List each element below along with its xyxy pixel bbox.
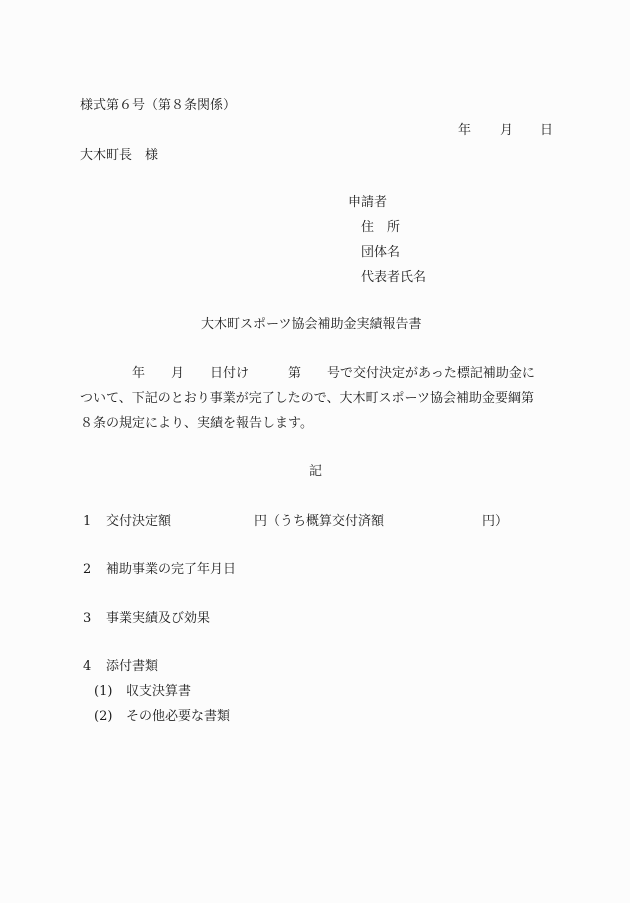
item-1-unit-1: 円（うち概算交付済額	[254, 514, 384, 530]
item-4-label: 添付書類	[106, 659, 158, 675]
item-2-label: 補助事業の完了年月日	[106, 562, 236, 578]
body-line-2: ついて、下記のとおり事業が完了したので、大木町スポーツ協会補助金要綱第	[80, 391, 534, 407]
representative-label: 代表者氏名	[361, 270, 426, 286]
subitem-2-label: その他必要な書類	[126, 709, 230, 725]
date-day-label: 日	[540, 123, 553, 139]
form-number: 様式第６号（第８条関係）	[80, 98, 236, 114]
address-label: 住 所	[361, 220, 400, 236]
body-line-1: 年 月 日付け 第 号で交付決定があった標記補助金に	[80, 366, 535, 382]
document-title: 大木町スポーツ協会補助金実績報告書	[201, 317, 421, 333]
date-year-label: 年	[458, 123, 471, 139]
item-3-number: 3	[83, 611, 91, 627]
subitem-1-number: (1)	[94, 684, 112, 700]
subitem-2-number: (2)	[94, 709, 112, 725]
item-1-unit-2: 円）	[482, 514, 508, 530]
addressee: 大木町長 様	[80, 148, 158, 164]
group-name-label: 団体名	[361, 245, 400, 261]
ki-heading: 記	[309, 464, 322, 480]
item-1-number: 1	[83, 514, 91, 530]
item-2-number: 2	[83, 562, 91, 578]
body-line-3: ８条の規定により、実績を報告します。	[80, 416, 313, 432]
item-4-number: 4	[83, 659, 91, 675]
applicant-heading: 申請者	[348, 195, 387, 211]
item-1-label: 交付決定額	[106, 514, 171, 530]
date-month-label: 月	[500, 123, 513, 139]
item-3-label: 事業実績及び効果	[106, 611, 210, 627]
subitem-1-label: 収支決算書	[126, 684, 191, 700]
